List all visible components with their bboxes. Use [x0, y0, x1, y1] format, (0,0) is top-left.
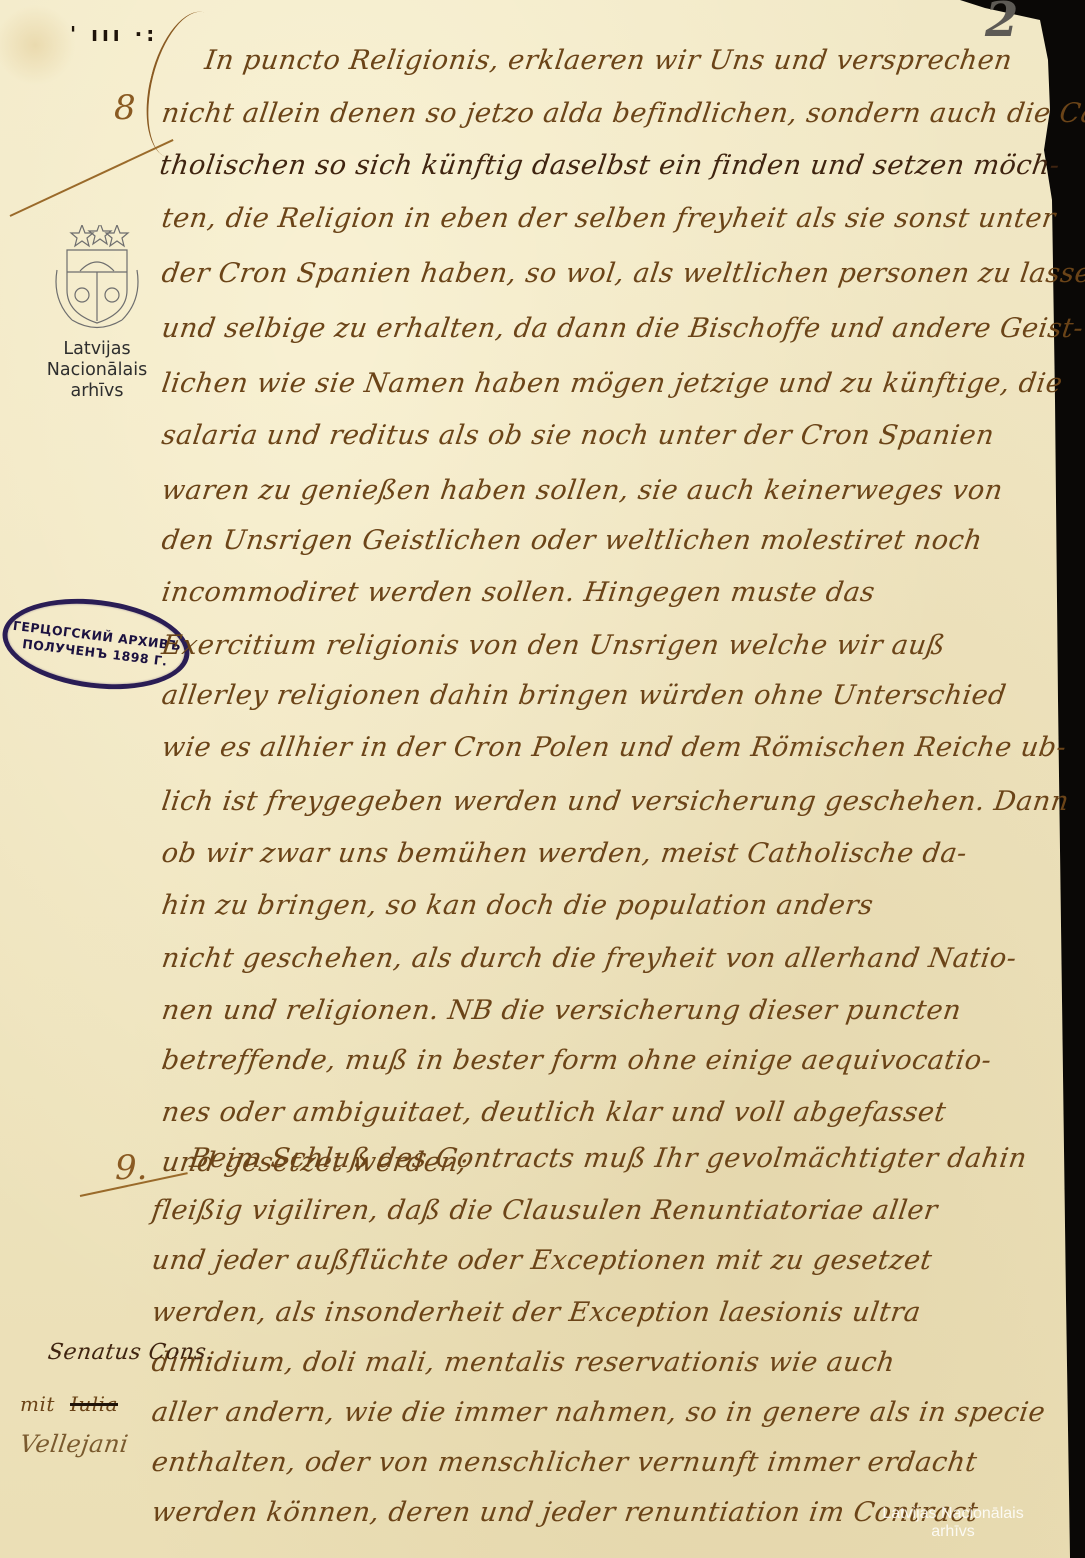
- text-line: Beim Schluß des Contracts muß Ihr gevolm…: [188, 1143, 1029, 1174]
- text-line: waren zu genießen haben sollen, sie auch…: [160, 475, 1005, 506]
- text-line: enthalten, oder von menschlicher vernunf…: [150, 1447, 979, 1478]
- text-line: lichen wie sie Namen haben mögen jetzige…: [160, 368, 1065, 399]
- text-line: den Unsrigen Geistlichen oder weltlichen…: [160, 525, 985, 556]
- text-line: salaria und reditus als ob sie noch unte…: [160, 420, 996, 451]
- text-line: dimidium, doli mali, mentalis reservatio…: [150, 1347, 897, 1378]
- text-line: nicht allein denen so jetzo alda befindl…: [160, 98, 1085, 129]
- text-line: In puncto Religionis, erklaeren wir Uns …: [203, 45, 1014, 76]
- text-line: allerley religionen dahin bringen würden…: [160, 680, 1008, 711]
- archive-watermark-bottom: Latvijas Nacionālais arhīvs: [868, 1505, 1038, 1541]
- text-line: betreffende, muß in bester form ohne ein…: [160, 1045, 994, 1076]
- archive-name-2: arhīvs: [12, 381, 182, 402]
- text-line: nes oder ambiguitaet, deutlich klar und …: [160, 1097, 948, 1128]
- text-line: fleißig vigiliren, daß die Clausulen Ren…: [150, 1195, 940, 1226]
- margin-note-line-3: Vellejani: [18, 1430, 130, 1458]
- text-line: werden, als insonderheit der Exception l…: [150, 1297, 923, 1328]
- text-line: der Cron Spanien haben, so wol, als welt…: [160, 258, 1085, 289]
- margin-note-struck-word: Iulia: [70, 1392, 118, 1416]
- archive-name: Latvijas Nacionālais: [12, 339, 182, 381]
- text-line: werden können, deren und jeder renuntiat…: [150, 1497, 980, 1528]
- text-line: hin zu bringen, so kan doch die populati…: [160, 890, 875, 921]
- text-line: Exercitium religionis von den Unsrigen w…: [160, 630, 947, 661]
- text-line: nicht geschehen, als durch die freyheit …: [160, 943, 1019, 974]
- margin-note-line-1: Senatus Cons.: [46, 1340, 215, 1365]
- text-line: incommodiret werden sollen. Hingegen mus…: [160, 577, 877, 608]
- archive-watermark: Latvijas Nacionālais arhīvs: [12, 225, 182, 402]
- coat-of-arms-icon: [52, 225, 142, 335]
- top-ink-marks: ' ııı ·:: [70, 22, 158, 46]
- text-line: aller andern, wie die immer nahmen, so i…: [150, 1397, 1048, 1428]
- archive-name-2: arhīvs: [868, 1523, 1038, 1541]
- margin-note-line-2: mit Iulia: [20, 1392, 118, 1416]
- paragraph-number: 9.: [115, 1148, 147, 1188]
- paragraph-number: 8: [114, 88, 136, 128]
- text-line: und jeder außflüchte oder Exceptionen mi…: [150, 1245, 934, 1276]
- text-line: nen und religionen. NB die versicherung …: [160, 995, 963, 1026]
- page-number: 2: [985, 0, 1018, 48]
- text-line: ten, die Religion in eben der selben fre…: [160, 203, 1058, 234]
- text-line: wie es allhier in der Cron Polen und dem…: [160, 732, 1069, 763]
- text-line: tholischen so sich künftig daselbst ein …: [158, 150, 1062, 181]
- archive-name: Latvijas Nacionālais: [868, 1505, 1038, 1523]
- text-line: lich ist freygegeben werden und versiche…: [160, 786, 1071, 817]
- text-line: ob wir zwar uns bemühen werden, meist Ca…: [160, 838, 969, 869]
- text-line: und selbige zu erhalten, da dann die Bis…: [160, 313, 1085, 344]
- margin-note-prefix: mit: [20, 1392, 55, 1416]
